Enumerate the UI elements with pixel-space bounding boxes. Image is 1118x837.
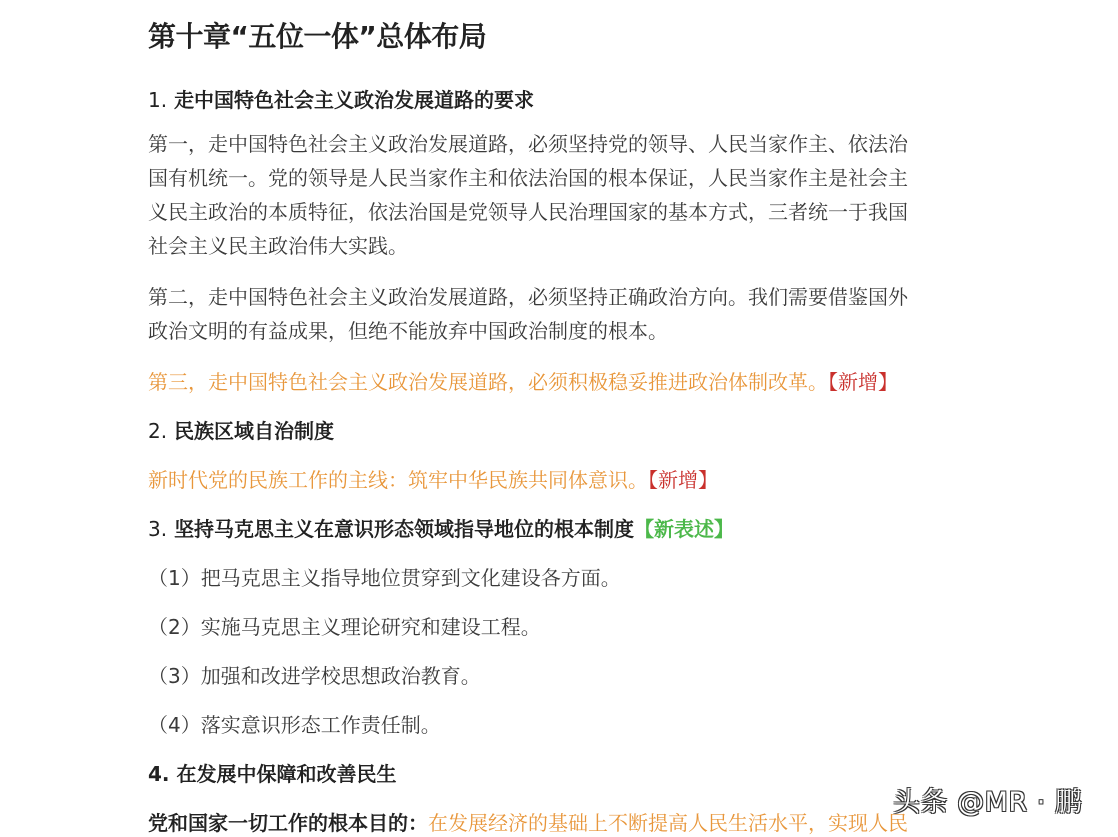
section-title: 走中国特色社会主义政治发展道路的要求 xyxy=(174,88,534,112)
section-title: 民族区域自治制度 xyxy=(174,419,334,443)
section-number: 3. xyxy=(148,517,167,541)
paragraph-third: 第三，走中国特色社会主义政治发展道路，必须积极稳妥推进政治体制改革。【新增】 xyxy=(148,366,898,395)
section-number: 2. xyxy=(148,419,167,443)
section-number: 4. xyxy=(148,762,170,786)
highlighted-text: 在发展经济的基础上不断提高人民生活水平，实现人民 xyxy=(428,811,908,835)
new-tag: 【新增】 xyxy=(828,370,898,394)
section-3-heading: 3. 坚持马克思主义在意识形态领域指导地位的根本制度【新表述】 xyxy=(148,513,734,542)
section-4-heading: 4. 在发展中保障和改善民生 xyxy=(148,758,396,787)
paragraph-line: 社会主义民主政治伟大实践。 xyxy=(148,229,963,263)
section-title: 坚持马克思主义在意识形态领域指导地位的根本制度 xyxy=(174,517,634,541)
list-item: （1）把马克思主义指导地位贯穿到文化建设各方面。 xyxy=(148,562,621,591)
paragraph-first: 第一，走中国特色社会主义政治发展道路，必须坚持党的领导、人民当家作主、依法治 国… xyxy=(148,127,963,263)
paragraph-line: 政治文明的有益成果，但绝不能放弃中国政治制度的根本。 xyxy=(148,314,963,348)
ethnic-main-line-paragraph: 新时代党的民族工作的主线：筑牢中华民族共同体意识。【新增】 xyxy=(148,464,718,493)
section-1-heading: 1. 走中国特色社会主义政治发展道路的要求 xyxy=(148,84,534,113)
livelihood-paragraph: 党和国家一切工作的根本目的：在发展经济的基础上不断提高人民生活水平，实现人民 xyxy=(148,807,908,836)
highlighted-text: 第三，走中国特色社会主义政治发展道路，必须积极稳妥推进政治体制改革。 xyxy=(148,370,828,394)
lead-text: 党和国家一切工作的根本目的： xyxy=(148,811,428,835)
watermark: 头条 @MR · 鹏 xyxy=(893,780,1082,819)
list-item: （2）实施马克思主义理论研究和建设工程。 xyxy=(148,611,541,640)
new-expression-tag: 【新表述】 xyxy=(634,517,734,541)
highlighted-text: 新时代党的民族工作的主线：筑牢中华民族共同体意识。 xyxy=(148,468,648,492)
list-item: （3）加强和改进学校思想政治教育。 xyxy=(148,660,481,689)
new-tag: 【新增】 xyxy=(648,468,718,492)
section-2-heading: 2. 民族区域自治制度 xyxy=(148,415,334,444)
paragraph-line: 第一，走中国特色社会主义政治发展道路，必须坚持党的领导、人民当家作主、依法治 xyxy=(148,127,963,161)
paragraph-line: 第二，走中国特色社会主义政治发展道路，必须坚持正确政治方向。我们需要借鉴国外 xyxy=(148,280,963,314)
paragraph-line: 义民主政治的本质特征，依法治国是党领导人民治理国家的基本方式，三者统一于我国 xyxy=(148,195,963,229)
section-title: 在发展中保障和改善民生 xyxy=(176,762,396,786)
paragraph-second: 第二，走中国特色社会主义政治发展道路，必须坚持正确政治方向。我们需要借鉴国外 政… xyxy=(148,280,963,348)
chapter-title: 第十章“五位一体”总体布局 xyxy=(148,15,486,55)
list-item: （4）落实意识形态工作责任制。 xyxy=(148,709,441,738)
section-number: 1. xyxy=(148,88,167,112)
paragraph-line: 国有机统一。党的领导是人民当家作主和依法治国的根本保证，人民当家作主是社会主 xyxy=(148,161,963,195)
